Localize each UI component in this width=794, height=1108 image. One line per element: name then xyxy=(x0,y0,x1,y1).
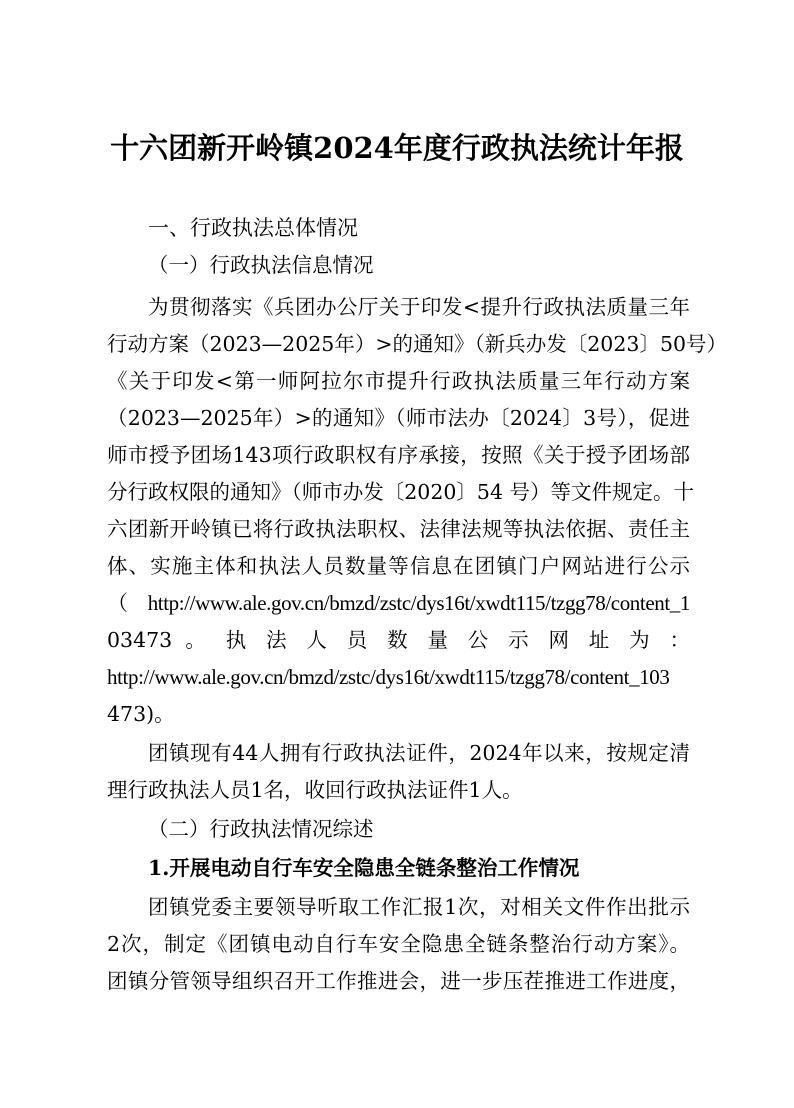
paragraph-line: 理行政执法人员1名，收回行政执法证件1人。 xyxy=(107,775,690,805)
paragraph-line: 为贯彻落实《兵团办公厅关于印发<提升行政执法质量三年 xyxy=(148,292,690,322)
paragraph-line: 团镇分管领导组织召开工作推进会，进一步压茬推进工作进度， xyxy=(107,966,690,996)
paragraph-line: 师市授予团场143项行政职权有序承接，按照《关于授予团场部 xyxy=(107,440,690,470)
paragraph-line: 473)。 xyxy=(107,699,690,729)
url-link-line[interactable]: http://www.ale.gov.cn/bmzd/zstc/dys16t/x… xyxy=(107,662,690,692)
paragraph-line: 团镇现有44人拥有行政执法证件，2024年以来，按规定清 xyxy=(148,738,690,768)
url-link-line[interactable]: （http://www.ale.gov.cn/bmzd/zstc/dys16t/… xyxy=(107,588,690,618)
section-heading-overall: 一、行政执法总体情况 xyxy=(148,213,690,243)
document-page: 十六团新开岭镇2024年度行政执法统计年报 一、行政执法总体情况 （一）行政执法… xyxy=(0,0,794,1108)
item-heading-ebike: 1.开展电动自行车安全隐患全链条整治工作情况 xyxy=(148,853,690,883)
paragraph-line: 团镇党委主要领导听取工作汇报1次，对相关文件作出批示 xyxy=(148,892,690,922)
paragraph-line: （2023—2025年）>的通知》（师市法办〔2024〕3号），促进 xyxy=(107,403,690,433)
paragraph-line: 03473 。 执 法 人 员 数 量 公 示 网 址 为 ： xyxy=(107,625,690,655)
document-title: 十六团新开岭镇2024年度行政执法统计年报 xyxy=(0,128,794,168)
paragraph-line: 六团新开岭镇已将行政执法职权、法律法规等执法依据、责任主 xyxy=(107,514,690,544)
paragraph-line: 2次，制定《团镇电动自行车安全隐患全链条整治行动方案》。 xyxy=(107,929,690,959)
paragraph-line: 体、实施主体和执法人员数量等信息在团镇门户网站进行公示 xyxy=(107,551,690,581)
subsection-heading-info: （一）行政执法信息情况 xyxy=(148,250,690,280)
paragraph-line: 分行政权限的通知》（师市办发〔2020〕54 号）等文件规定。十 xyxy=(107,477,690,507)
paragraph-line: 行动方案（2023—2025年）>的通知》（新兵办发〔2023〕50号） xyxy=(107,329,690,359)
subsection-heading-summary: （二）行政执法情况综述 xyxy=(148,814,690,844)
paragraph-line: 《关于印发<第一师阿拉尔市提升行政执法质量三年行动方案 xyxy=(107,366,690,396)
